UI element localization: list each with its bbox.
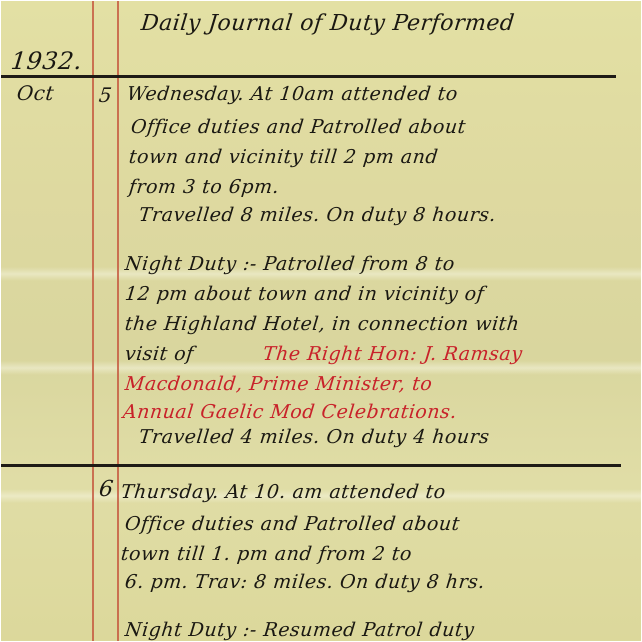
red-ink-annotation: Annual Gaelic Mod Celebrations. (122, 401, 458, 423)
entry-line: from 3 to 6pm. (128, 176, 280, 198)
entry-line: town till 1. pm and from 2 to (120, 543, 413, 565)
entry-line: Wednesday. At 10am attended to (126, 83, 459, 105)
year: 1932. (10, 47, 84, 75)
red-ink-annotation: Macdonald, Prime Minister, to (124, 373, 434, 395)
entry-line: Office duties and Patrolled about (130, 116, 467, 138)
margin-rule-right (117, 1, 119, 641)
entry-line: 6. pm. Trav: 8 miles. On duty 8 hrs. (124, 571, 486, 593)
entry-day: 6 (98, 477, 115, 502)
night-duty-line: the Highland Hotel, in connection with (124, 313, 521, 335)
journal-title: Daily Journal of Duty Performed (140, 11, 516, 36)
entry-divider (1, 464, 621, 467)
night-duty-line: 12 pm about town and in vicinity of (124, 283, 486, 305)
margin-rule-left (92, 1, 94, 641)
entry-line: Thursday. At 10. am attended to (120, 481, 447, 503)
entry-month: Oct (16, 81, 56, 105)
night-duty-visit-prefix: visit of (124, 343, 195, 365)
night-duty-summary: Travelled 4 miles. On duty 4 hours (138, 426, 491, 448)
night-duty-line: Night Duty :- Resumed Patrol duty (124, 619, 476, 641)
entry-line: town and vicinity till 2 pm and (128, 146, 439, 168)
entry-day: 5 (98, 83, 114, 107)
entry-summary: Travelled 8 miles. On duty 8 hours. (138, 204, 497, 226)
header-rule (1, 75, 616, 78)
night-duty-line: Night Duty :- Patrolled from 8 to (124, 253, 456, 275)
ledger-page: Daily Journal of Duty Performed 1932. Oc… (1, 1, 641, 641)
red-ink-annotation: The Right Hon: J. Ramsay (262, 343, 524, 365)
entry-line: Office duties and Patrolled about (124, 513, 461, 535)
